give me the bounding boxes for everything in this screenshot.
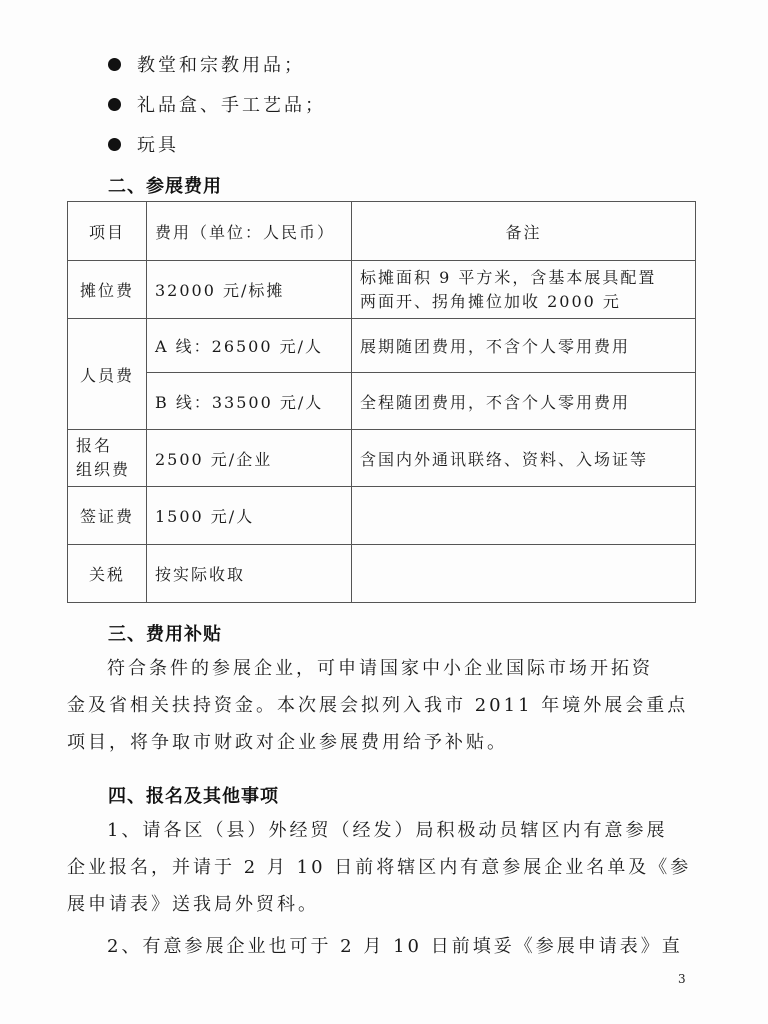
paragraph-line: 符合条件的参展企业，可申请国家中小企业国际市场开拓资 [67, 650, 699, 687]
table-row-personnel-a: 人员费 A 线：26500 元/人 展期随团费用，不含个人零用费用 [68, 319, 696, 373]
paragraph-line: 项目，将争取市财政对企业参展费用给予补贴。 [67, 724, 699, 761]
cell-item: 签证费 [68, 487, 147, 545]
cell-fee: A 线：26500 元/人 [147, 319, 352, 373]
paragraph-line: 企业报名，并请于 2 月 10 日前将辖区内有意参展企业名单及《参 [67, 849, 699, 886]
bullet-item-gift-boxes: 礼品盒、手工艺品； [108, 90, 326, 118]
cell-fee: 32000 元/标摊 [147, 261, 352, 319]
table-header-row: 项目 费用（单位：人民币） 备注 [68, 202, 696, 261]
table-row-booth: 摊位费 32000 元/标摊 标摊面积 9 平方米，含基本展具配置 两面开、拐角… [68, 261, 696, 319]
paragraph-line: 金及省相关扶持资金。本次展会拟列入我市 2011 年境外展会重点 [67, 687, 699, 724]
table-row-visa: 签证费 1500 元/人 [68, 487, 696, 545]
paragraph-line: 1、请各区（县）外经贸（经发）局积极动员辖区内有意参展 [67, 812, 699, 849]
table-row-registration: 报名 组织费 2500 元/企业 含国内外通讯联络、资料、入场证等 [68, 430, 696, 487]
note-line: 两面开、拐角摊位加收 2000 元 [360, 290, 687, 314]
table-row-personnel-b: B 线：33500 元/人 全程随团费用，不含个人零用费用 [68, 373, 696, 430]
cell-item: 人员费 [68, 319, 147, 430]
bullet-dot-icon [108, 58, 121, 71]
cell-item: 关税 [68, 545, 147, 603]
bullet-item-religious-goods: 教堂和宗教用品； [108, 50, 305, 78]
cell-note: 标摊面积 9 平方米，含基本展具配置 两面开、拐角摊位加收 2000 元 [352, 261, 696, 319]
section-heading-fees: 二、参展费用 [108, 172, 222, 198]
fee-table: 项目 费用（单位：人民币） 备注 摊位费 32000 元/标摊 标摊面积 9 平… [67, 201, 696, 603]
cell-note [352, 487, 696, 545]
bullet-text: 教堂和宗教用品； [137, 51, 305, 77]
registration-item-1: 1、请各区（县）外经贸（经发）局积极动员辖区内有意参展 企业报名，并请于 2 月… [67, 812, 699, 923]
item-line: 组织费 [76, 458, 138, 482]
cell-fee: 2500 元/企业 [147, 430, 352, 487]
bullet-dot-icon [108, 138, 121, 151]
bullet-text: 玩具 [137, 131, 179, 157]
paragraph-line: 2、有意参展企业也可于 2 月 10 日前填妥《参展申请表》直 [67, 928, 699, 965]
section-heading-registration: 四、报名及其他事项 [108, 782, 279, 808]
header-fee: 费用（单位：人民币） [147, 202, 352, 261]
bullet-text: 礼品盒、手工艺品； [137, 91, 326, 117]
cell-note: 全程随团费用，不含个人零用费用 [352, 373, 696, 430]
cell-fee: 1500 元/人 [147, 487, 352, 545]
table-row-customs: 关税 按实际收取 [68, 545, 696, 603]
note-line: 标摊面积 9 平方米，含基本展具配置 [360, 266, 687, 290]
bullet-item-toys: 玩具 [108, 130, 179, 158]
section-heading-subsidy: 三、费用补贴 [108, 620, 222, 646]
cell-fee: 按实际收取 [147, 545, 352, 603]
cell-item: 报名 组织费 [68, 430, 147, 487]
cell-note: 展期随团费用，不含个人零用费用 [352, 319, 696, 373]
registration-item-2: 2、有意参展企业也可于 2 月 10 日前填妥《参展申请表》直 [67, 928, 699, 965]
subsidy-paragraph: 符合条件的参展企业，可申请国家中小企业国际市场开拓资 金及省相关扶持资金。本次展… [67, 650, 699, 761]
cell-fee: B 线：33500 元/人 [147, 373, 352, 430]
bullet-dot-icon [108, 98, 121, 111]
paragraph-line: 展申请表》送我局外贸科。 [67, 886, 699, 923]
header-note: 备注 [352, 202, 696, 261]
cell-note [352, 545, 696, 603]
cell-item: 摊位费 [68, 261, 147, 319]
item-line: 报名 [76, 434, 138, 458]
cell-note: 含国内外通讯联络、资料、入场证等 [352, 430, 696, 487]
header-item: 项目 [68, 202, 147, 261]
document-page: 教堂和宗教用品； 礼品盒、手工艺品； 玩具 二、参展费用 项目 费用（单位：人民… [0, 0, 768, 1024]
page-number: 3 [678, 972, 686, 986]
